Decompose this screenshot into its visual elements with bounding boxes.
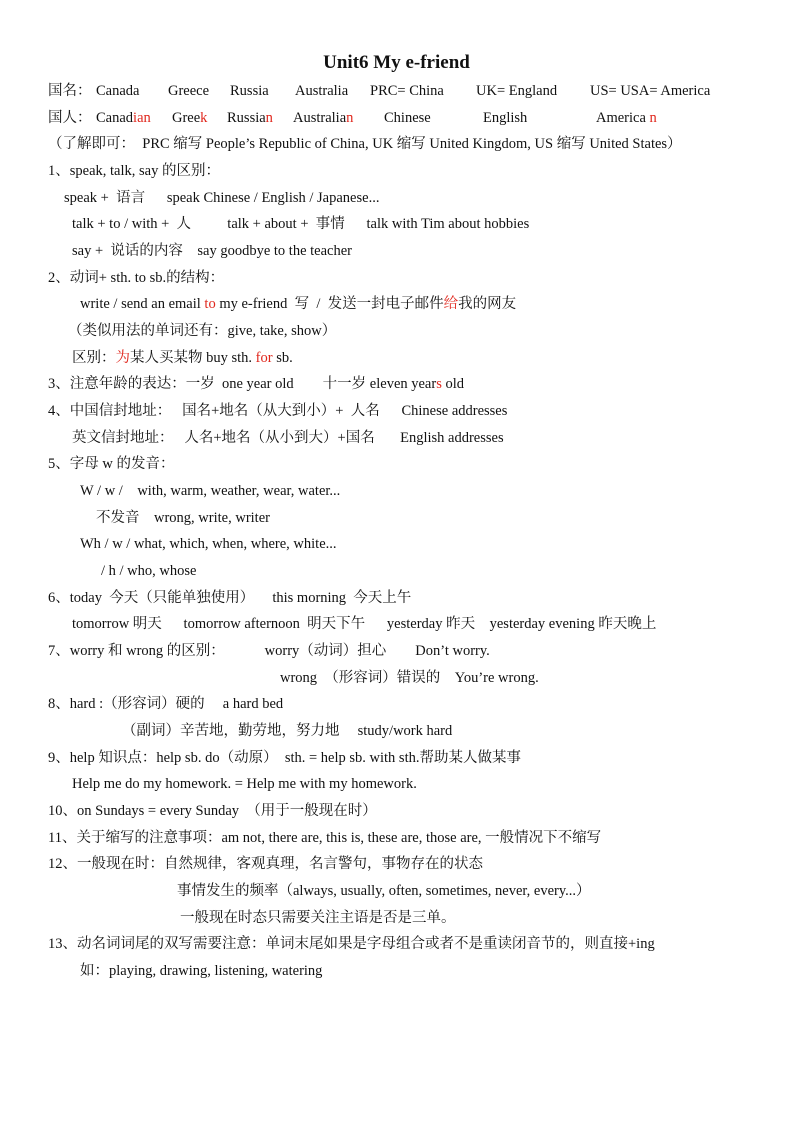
nationality: Greek: [172, 109, 207, 127]
page-title: Unit6 My e-friend: [0, 52, 793, 74]
text: 区别：: [72, 350, 116, 366]
nationality-suffix: n: [266, 110, 273, 126]
nationality: Canadian: [96, 109, 151, 127]
section-11-line: 11、关于缩写的注意事项：am not, there are, this is,…: [48, 829, 601, 847]
section-2-example: write / send an email to my e-friend 写 /…: [80, 295, 516, 313]
section-2-heading: 2、动词+ sth. to sb.的结构：: [48, 269, 224, 287]
section-1-heading: 1、speak, talk, say 的区别：: [48, 162, 220, 180]
section-13-line: 13、动名词词尾的双写需要注意：单词末尾如果是字母组合或者不是重读闭音节的，则直…: [48, 935, 655, 953]
country: US= USA= America: [590, 82, 710, 100]
section-12-line: 12、一般现在时：自然规律，客观真理，名言警句，事物存在的状态: [48, 855, 483, 873]
nationality-base: Chinese: [384, 110, 431, 126]
nationality: Chinese: [384, 109, 431, 127]
nationality-base: America: [596, 110, 650, 126]
country: UK= England: [476, 82, 557, 100]
countries-label: 国名：: [48, 82, 92, 100]
section-1-line: say + 说话的内容 say goodbye to the teacher: [72, 242, 352, 260]
nationality-base: Gree: [172, 110, 200, 126]
section-1-line: talk + to / with + 人 talk + about + 事情 t…: [72, 215, 529, 233]
nationality-base: Russia: [227, 110, 266, 126]
section-5-line: Wh / w / what, which, when, where, white…: [80, 535, 337, 553]
section-6-line: 6、today 今天（只能单独使用） this morning 今天上午: [48, 589, 411, 607]
section-5-line: 不发音 wrong, write, writer: [96, 509, 270, 527]
highlight-text: 给: [444, 296, 459, 312]
section-13-line: 如：playing, drawing, listening, watering: [80, 962, 322, 980]
section-12-line: 一般现在时态只需要关注主语是否是三单。: [180, 909, 456, 927]
section-5-heading: 5、字母 w 的发音：: [48, 455, 174, 473]
section-3-line: 3、注意年龄的表达：一岁 one year old 十一岁 eleven yea…: [48, 375, 464, 393]
country: Greece: [168, 82, 209, 100]
section-5-line: W / w / with, warm, weather, wear, water…: [80, 482, 340, 500]
country: Canada: [96, 82, 139, 100]
section-4-line: 4、中国信封地址： 国名+地名（从大到小）+ 人名 Chinese addres…: [48, 402, 507, 420]
country: Australia: [295, 82, 348, 100]
text: sb.: [273, 350, 293, 366]
section-6-line: tomorrow 明天 tomorrow afternoon 明天下午 yest…: [72, 615, 656, 633]
nationality: Australian: [293, 109, 353, 127]
section-9-line: Help me do my homework. = Help me with m…: [72, 775, 417, 793]
highlight-text: for: [256, 350, 273, 366]
nationalities-label: 国人：: [48, 109, 92, 127]
section-9-line: 9、help 知识点：help sb. do（动原） sth. = help s…: [48, 749, 521, 767]
nationality-suffix: ian: [133, 110, 151, 126]
country: PRC= China: [370, 82, 444, 100]
nationality-suffix: n: [650, 110, 657, 126]
section-8-line: （副词）辛苦地，勤劳地，努力地 study/work hard: [122, 722, 452, 740]
section-4-line: 英文信封地址： 人名+地名（从小到大）+国名 English addresses: [72, 429, 504, 447]
nationality-suffix: n: [346, 110, 353, 126]
nationality: Russian: [227, 109, 273, 127]
text: write / send an email: [80, 296, 204, 312]
highlight-text: 为: [116, 350, 131, 366]
text: 3、注意年龄的表达：一岁 one year old 十一岁 eleven yea…: [48, 376, 436, 392]
nationality-base: Australia: [293, 110, 346, 126]
nationality-base: Canad: [96, 110, 133, 126]
highlight-text: to: [204, 296, 215, 312]
section-7-line: wrong （形容词）错误的 You’re wrong.: [280, 669, 539, 687]
section-2-line: （类似用法的单词还有：give, take, show）: [68, 322, 336, 340]
text: 我的网友: [458, 296, 516, 312]
nationality: America n: [596, 109, 657, 127]
section-8-line: 8、hard :（形容词）硬的 a hard bed: [48, 695, 283, 713]
country: Russia: [230, 82, 269, 100]
text: old: [442, 376, 464, 392]
text: 某人买某物 buy sth.: [130, 350, 256, 366]
section-5-line: / h / who, whose: [101, 562, 196, 580]
section-1-line: speak + 语言 speak Chinese / English / Jap…: [64, 189, 379, 207]
nationality: English: [483, 109, 527, 127]
section-10-line: 10、on Sundays = every Sunday （用于一般现在时）: [48, 802, 377, 820]
section-7-line: 7、worry 和 wrong 的区别： worry（动词）担心 Don’t w…: [48, 642, 490, 660]
nationality-suffix: k: [200, 110, 207, 126]
section-2-difference: 区别：为某人买某物 buy sth. for sb.: [72, 349, 293, 367]
abbreviation-note: （了解即可： PRC 缩写 People’s Republic of China…: [48, 135, 682, 153]
section-12-line: 事情发生的频率（always, usually, often, sometime…: [177, 882, 591, 900]
nationality-base: English: [483, 110, 527, 126]
text: my e-friend 写 / 发送一封电子邮件: [216, 296, 444, 312]
